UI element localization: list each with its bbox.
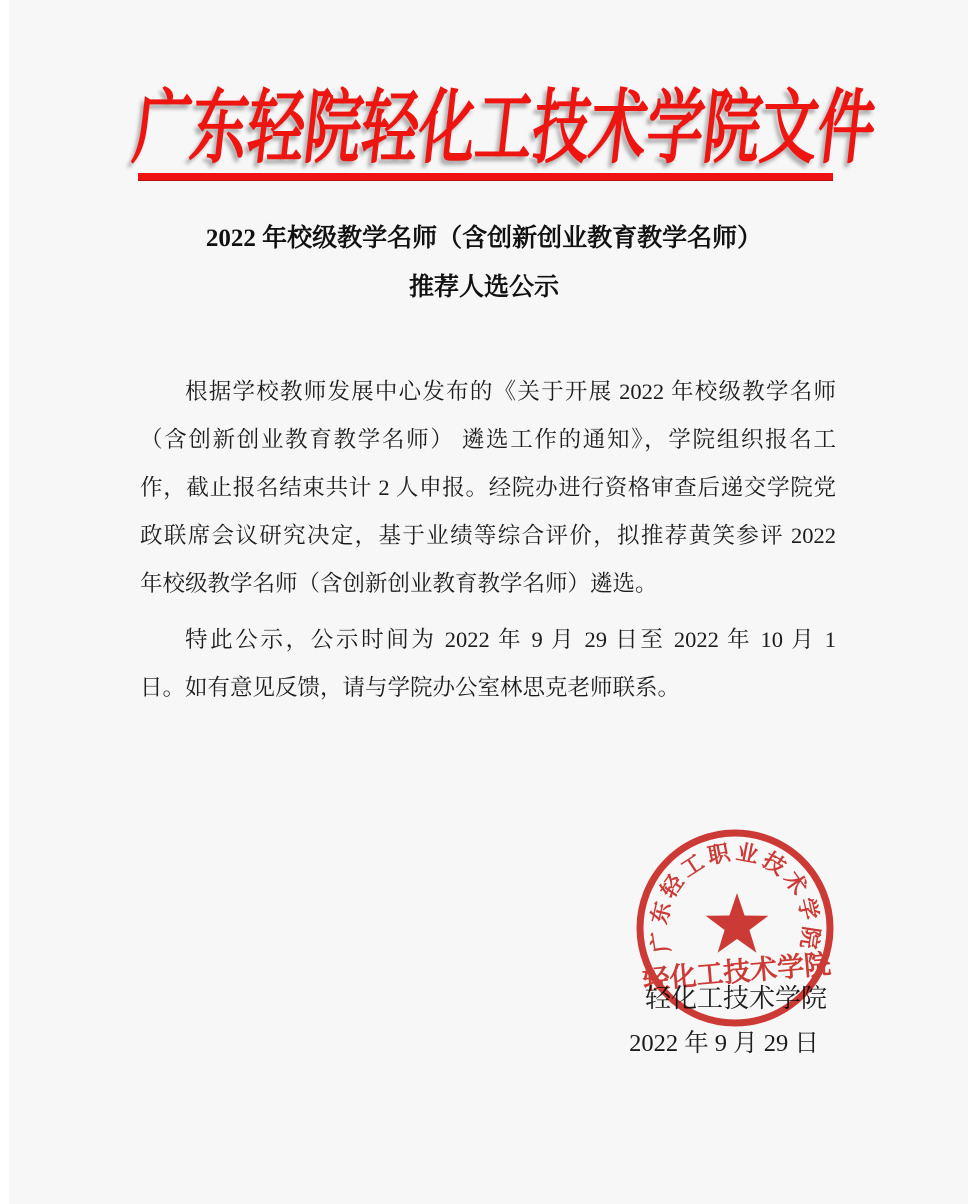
body-line: 年校级教学名师（含创新创业教育教学名师）遴选。 xyxy=(140,560,836,608)
document-body: 根据学校教师发展中心发布的《关于开展 2022 年校级教学名师 （含创新创业教育… xyxy=(140,368,836,712)
body-line: （含创新创业教育教学名师） 遴选工作的通知》，学院组织报名工 xyxy=(140,416,836,464)
scan-left-edge xyxy=(0,0,9,1204)
document-title-line2: 推荐人选公示 xyxy=(134,273,834,303)
body-line: 特此公示，公示时间为 2022 年 9 月 29 日至 2022 年 10 月 … xyxy=(140,616,836,664)
letterhead-divider xyxy=(138,173,833,181)
body-line: 政联席会议研究决定，基于业绩等综合评价，拟推荐黄笑参评 2022 xyxy=(140,512,836,560)
body-line: 根据学校教师发展中心发布的《关于开展 2022 年校级教学名师 xyxy=(140,368,836,416)
seal-banner-text: 轻化工技术学院 xyxy=(640,948,832,995)
document-title-line1: 2022 年校级教学名师（含创新创业教育教学名师） xyxy=(134,224,834,254)
letterhead-org-title: 广东轻院轻化工技术学院文件 xyxy=(129,87,839,172)
official-seal: 广东轻工职业技术学院 轻化工技术学院 xyxy=(633,826,837,1030)
body-line: 作，截止报名结束共计 2 人申报。经院办进行资格审查后递交学院党 xyxy=(140,464,836,512)
body-line: 日。如有意见反馈，请与学院办公室林思克老师联系。 xyxy=(140,664,836,712)
seal-star-icon xyxy=(706,893,769,953)
